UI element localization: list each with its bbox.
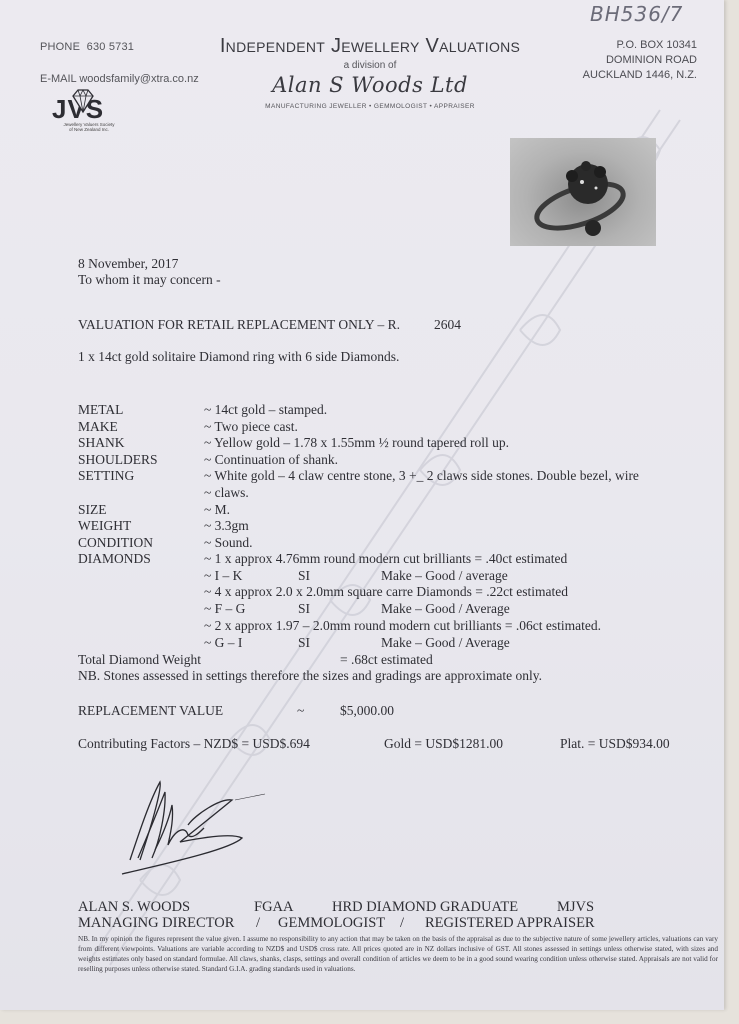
detail-value: ~ 3.3gm bbox=[204, 518, 249, 534]
detail-label: SHOULDERS bbox=[78, 452, 158, 468]
parent-company-name: Alan S Woods Ltd bbox=[210, 73, 530, 97]
role-gemmologist: GEMMOLOGIST bbox=[278, 915, 385, 932]
diamond-description: ~ 2 x approx 1.97 – 2.0mm round modern c… bbox=[204, 618, 601, 634]
grade-make: Make – Good / Average bbox=[381, 601, 510, 617]
detail-value: ~ M. bbox=[204, 502, 230, 518]
total-weight-value: = .68ct estimated bbox=[340, 652, 433, 668]
email-line: E-MAIL woodsfamily@xtra.co.nz bbox=[40, 73, 199, 85]
address-line: DOMINION ROAD bbox=[560, 53, 697, 68]
detail-label: SIZE bbox=[78, 502, 107, 518]
item-description: 1 x 14ct gold solitaire Diamond ring wit… bbox=[78, 349, 399, 365]
detail-value: ~ Sound. bbox=[204, 535, 253, 551]
role-separator: / bbox=[256, 915, 260, 932]
disclaimer-text: NB. In my opinion the figures represent … bbox=[78, 934, 718, 974]
replacement-value: $5,000.00 bbox=[340, 703, 394, 719]
nb-note: NB. Stones assessed in settings therefor… bbox=[78, 668, 542, 684]
detail-label: METAL bbox=[78, 402, 123, 418]
detail-value: ~ Yellow gold – 1.78 x 1.55mm ½ round ta… bbox=[204, 435, 509, 451]
company-name: Independent Jewellery Valuations bbox=[210, 35, 530, 58]
grade-colour: ~ G – I bbox=[204, 635, 242, 651]
detail-value: ~ White gold – 4 claw centre stone, 3 +_… bbox=[204, 468, 639, 484]
grade-clarity: SI bbox=[298, 635, 310, 651]
jvs-subtitle: Jewellery Valuers Society of New Zealand… bbox=[54, 122, 124, 132]
grade-make: Make – Good / average bbox=[381, 568, 508, 584]
detail-value: ~ 14ct gold – stamped. bbox=[204, 402, 327, 418]
detail-label: MAKE bbox=[78, 419, 118, 435]
credential-hrd: HRD DIAMOND GRADUATE bbox=[332, 899, 518, 916]
detail-label: SETTING bbox=[78, 468, 134, 484]
credential-fgaa: FGAA bbox=[254, 899, 293, 916]
replacement-tilde: ~ bbox=[297, 703, 304, 719]
address-line: P.O. BOX 10341 bbox=[560, 38, 697, 53]
role-managing-director: MANAGING DIRECTOR bbox=[78, 915, 234, 932]
detail-label: WEIGHT bbox=[78, 518, 131, 534]
replacement-value-label: REPLACEMENT VALUE bbox=[78, 703, 223, 719]
address-line: AUCKLAND 1446, N.Z. bbox=[560, 68, 697, 83]
detail-label: CONDITION bbox=[78, 535, 153, 551]
phone-line: PHONE 630 5731 bbox=[40, 41, 134, 53]
platinum-price: Plat. = USD$934.00 bbox=[560, 736, 670, 752]
contributing-factors: Contributing Factors – NZD$ = USD$.694 bbox=[78, 736, 310, 752]
ring-photo bbox=[510, 138, 656, 246]
valuation-reference: 2604 bbox=[434, 317, 461, 333]
grade-colour: ~ F – G bbox=[204, 601, 245, 617]
diamond-icon bbox=[69, 88, 97, 114]
email-label: E-MAIL bbox=[40, 73, 76, 85]
credential-mjvs: MJVS bbox=[557, 899, 594, 916]
postal-address: P.O. BOX 10341 DOMINION ROAD AUCKLAND 14… bbox=[560, 38, 697, 83]
detail-value: ~ 1 x approx 4.76mm round modern cut bri… bbox=[204, 551, 567, 567]
detail-label: DIAMONDS bbox=[78, 551, 151, 567]
detail-value: ~ claws. bbox=[204, 485, 249, 501]
valuation-document: PHONE 630 5731 E-MAIL woodsfamily@xtra.c… bbox=[0, 0, 724, 1010]
division-text: a division of bbox=[210, 60, 530, 71]
handwritten-reference: BH536/7 bbox=[590, 2, 683, 26]
grade-make: Make – Good / Average bbox=[381, 635, 510, 651]
phone-number: 630 5731 bbox=[87, 41, 134, 53]
valuation-title: VALUATION FOR RETAIL REPLACEMENT ONLY – … bbox=[78, 317, 400, 333]
email-address[interactable]: woodsfamily@xtra.co.nz bbox=[79, 73, 198, 85]
role-separator: / bbox=[400, 915, 404, 932]
diamond-description: ~ 4 x approx 2.0 x 2.0mm square carre Di… bbox=[204, 584, 568, 600]
letter-date: 8 November, 2017 bbox=[78, 256, 178, 272]
detail-label: SHANK bbox=[78, 435, 125, 451]
jvs-logo: JVS Jewellery Valuers Society of New Zea… bbox=[52, 94, 132, 139]
phone-label: PHONE bbox=[40, 41, 80, 53]
detail-value: ~ Continuation of shank. bbox=[204, 452, 338, 468]
signatory-name: ALAN S. WOODS bbox=[78, 899, 190, 916]
grade-colour: ~ I – K bbox=[204, 568, 242, 584]
grade-clarity: SI bbox=[298, 568, 310, 584]
role-registered-appraiser: REGISTERED APPRAISER bbox=[425, 915, 595, 932]
total-weight-label: Total Diamond Weight bbox=[78, 652, 201, 668]
signature bbox=[100, 770, 270, 880]
company-tagline: MANUFACTURING JEWELLER • GEMMOLOGIST • A… bbox=[210, 103, 530, 110]
ring-image bbox=[510, 138, 656, 246]
salutation: To whom it may concern - bbox=[78, 272, 221, 288]
grade-clarity: SI bbox=[298, 601, 310, 617]
gold-price: Gold = USD$1281.00 bbox=[384, 736, 503, 752]
detail-value: ~ Two piece cast. bbox=[204, 419, 298, 435]
